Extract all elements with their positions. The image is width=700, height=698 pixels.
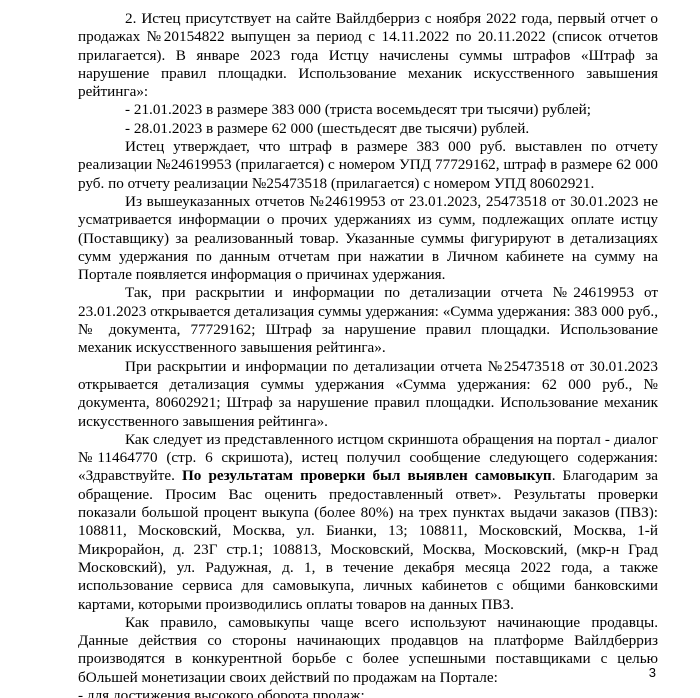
dialog-text-after: . Благодарим за обращение. Просим Вас оц…	[78, 467, 658, 612]
list-item-fine-1: - 21.01.2023 в размере 383 000 (триста в…	[78, 101, 658, 119]
paragraph-detail-2: При раскрытии и информации по детализаци…	[78, 358, 658, 431]
document-page: 2. Истец присутствует на сайте Вайлдберр…	[78, 10, 658, 698]
paragraph-detail-1: Так, при раскрытии и информации по детал…	[78, 284, 658, 357]
dialog-text-bold: По результатам проверки был выявлен само…	[182, 467, 552, 484]
paragraph-reports: Из вышеуказанных отчетов №24619953 от 23…	[78, 193, 658, 284]
page-number: 3	[649, 665, 656, 680]
list-item-fine-2: - 28.01.2023 в размере 62 000 (шестьдеся…	[78, 120, 658, 138]
paragraph-claimant-states: Истец утверждает, что штраф в размере 38…	[78, 138, 658, 193]
paragraph-claim-intro: 2. Истец присутствует на сайте Вайлдберр…	[78, 10, 658, 101]
list-item-purpose-1: - для достижения высокого оборота продаж…	[78, 687, 658, 698]
paragraph-self-purchase: Как правило, самовыкупы чаще всего испол…	[78, 614, 658, 687]
paragraph-screenshot-dialog: Как следует из представленного истцом ск…	[78, 431, 658, 614]
